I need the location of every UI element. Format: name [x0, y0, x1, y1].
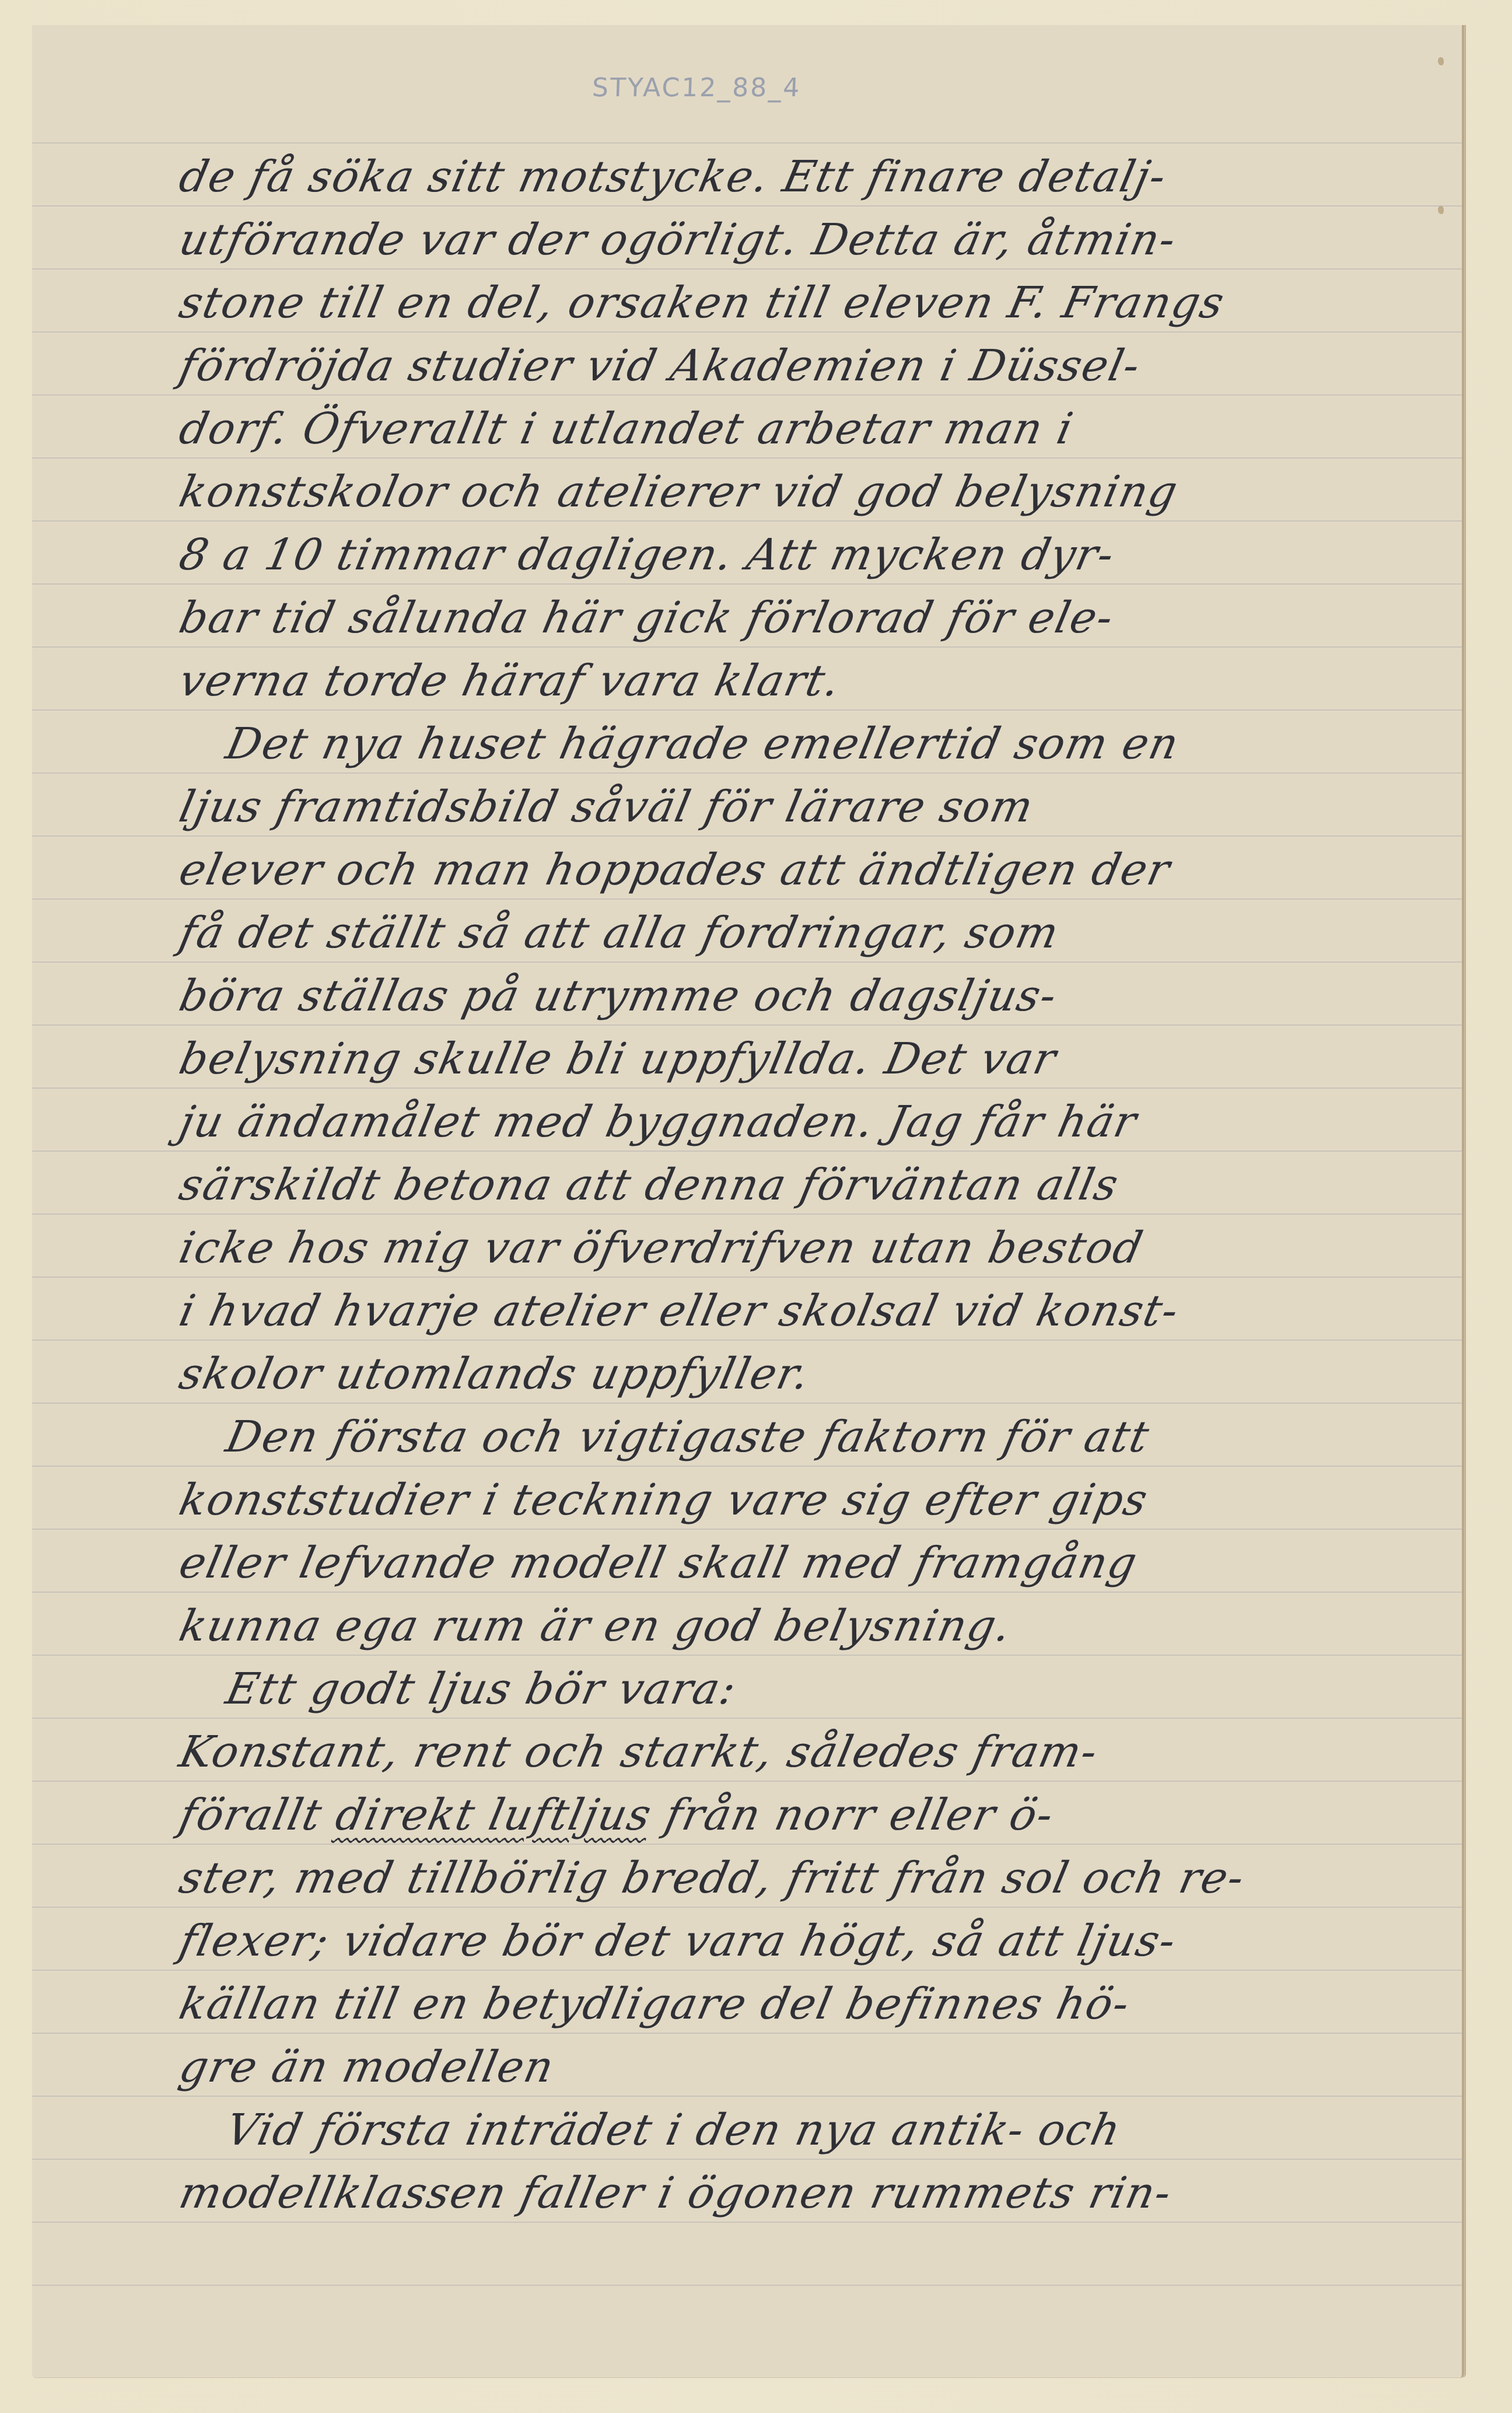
ruled-line [32, 583, 1462, 585]
ruled-line [32, 1403, 1462, 1404]
ruled-line [32, 1844, 1462, 1845]
text-line: eller lefvande modell skall med framgång [175, 1538, 1142, 1588]
archive-id-label: STYAC12_88_4 [591, 73, 801, 103]
ruled-line [32, 394, 1462, 396]
text-line: dorf. Öfverallt i utlandet arbetar man i [175, 404, 1078, 454]
ruled-line [32, 142, 1462, 144]
ruled-line [32, 457, 1462, 459]
ruled-line [32, 2033, 1462, 2034]
text-line: gre än modellen [175, 2042, 559, 2092]
text-segment: från norr eller ö- [646, 1790, 1059, 1840]
text-line: verna torde häraf vara klart. [175, 656, 845, 706]
text-line: stone till en del, orsaken till eleven F… [175, 278, 1229, 328]
underlined-phrase: direkt luftljus [331, 1790, 656, 1840]
ruled-line [32, 1781, 1462, 1782]
text-line: bar tid sålunda här gick förlorad för el… [175, 593, 1119, 643]
text-line: i hvad hvarje atelier eller skolsal vid … [175, 1286, 1184, 1336]
text-line: ster, med tillbörlig bredd, fritt från s… [175, 1853, 1249, 1903]
text-line: ju ändamålet med byggnaden. Jag får här [175, 1097, 1142, 1147]
text-line: belysning skulle bli uppfyllda. Det var [175, 1034, 1061, 1084]
ruled-line [32, 268, 1462, 270]
ruled-line [32, 2285, 1462, 2286]
text-line: konstskolor och atelierer vid god belysn… [175, 467, 1183, 517]
text-line: Det nya huset hägrade emellertid som en [222, 719, 1184, 769]
text-line: icke hos mig var öfverdrifven utan besto… [175, 1223, 1148, 1273]
ruled-line [32, 1214, 1462, 1215]
text-line: Den första och vigtigaste faktorn för at… [222, 1412, 1154, 1462]
text-line: kunna ega rum är en god belysning. [175, 1601, 1017, 1651]
ruled-line [32, 772, 1462, 774]
ruled-line [32, 1592, 1462, 1593]
ruled-line [32, 331, 1462, 333]
text-line: särskildt betona att denna förväntan all… [175, 1160, 1123, 1210]
text-line: Ett godt ljus bör vara: [222, 1664, 741, 1714]
text-line: de få söka sitt motstycke. Ett finare de… [175, 152, 1171, 202]
ruled-line [32, 205, 1462, 207]
text-segment: förallt [175, 1790, 342, 1840]
text-line: böra ställas på utrymme och dagsljus- [175, 971, 1062, 1021]
ruled-line [32, 1907, 1462, 1908]
text-line: källan till en betydligare del befinnes … [175, 1979, 1135, 2029]
ruled-line [32, 1277, 1462, 1278]
ruled-line [32, 835, 1462, 837]
text-line: förallt direkt luftljus från norr eller … [175, 1790, 1059, 1840]
ruled-line [32, 1087, 1462, 1089]
ruled-line [32, 1718, 1462, 1719]
text-line: flexer; vidare bör det vara högt, så att… [175, 1916, 1181, 1966]
ruled-line [32, 520, 1462, 522]
pinhole-mark [1438, 57, 1444, 65]
ruled-line [32, 709, 1462, 711]
text-line: Konstant, rent och starkt, således fram- [175, 1727, 1102, 1777]
ruled-line [32, 898, 1462, 900]
ruled-line [32, 646, 1462, 648]
ruled-line [32, 1970, 1462, 1971]
text-line: Vid första inträdet i den nya antik- och [222, 2105, 1126, 2155]
ruled-line [32, 1150, 1462, 1152]
text-line: 8 a 10 timmar dagligen. Att mycken dyr- [175, 530, 1119, 580]
ruled-line [32, 961, 1462, 963]
ruled-line [32, 1466, 1462, 1467]
text-line: ljus framtidsbild såväl för lärare som [175, 782, 1038, 832]
ruled-line [32, 1024, 1462, 1026]
text-line: fördröjda studier vid Akademien i Düssel… [175, 341, 1145, 391]
text-line: konststudier i teckning vare sig efter g… [175, 1475, 1153, 1525]
ruled-line [32, 1655, 1462, 1656]
text-line: få det ställt så att alla fordringar, so… [175, 908, 1064, 958]
pinhole-mark [1438, 206, 1444, 214]
text-line: modellklassen faller i ögonen rummets ri… [175, 2168, 1177, 2218]
ruled-line [32, 2222, 1462, 2223]
text-line: skolor utomlands uppfyller. [175, 1349, 815, 1399]
ruled-line [32, 1340, 1462, 1341]
ruled-line [32, 2159, 1462, 2160]
text-line: elever och man hoppades att ändtligen de… [175, 845, 1175, 895]
text-line: utförande var der ogörligt. Detta är, åt… [175, 215, 1181, 265]
ruled-line [32, 2096, 1462, 2097]
ruled-line [32, 1529, 1462, 1530]
